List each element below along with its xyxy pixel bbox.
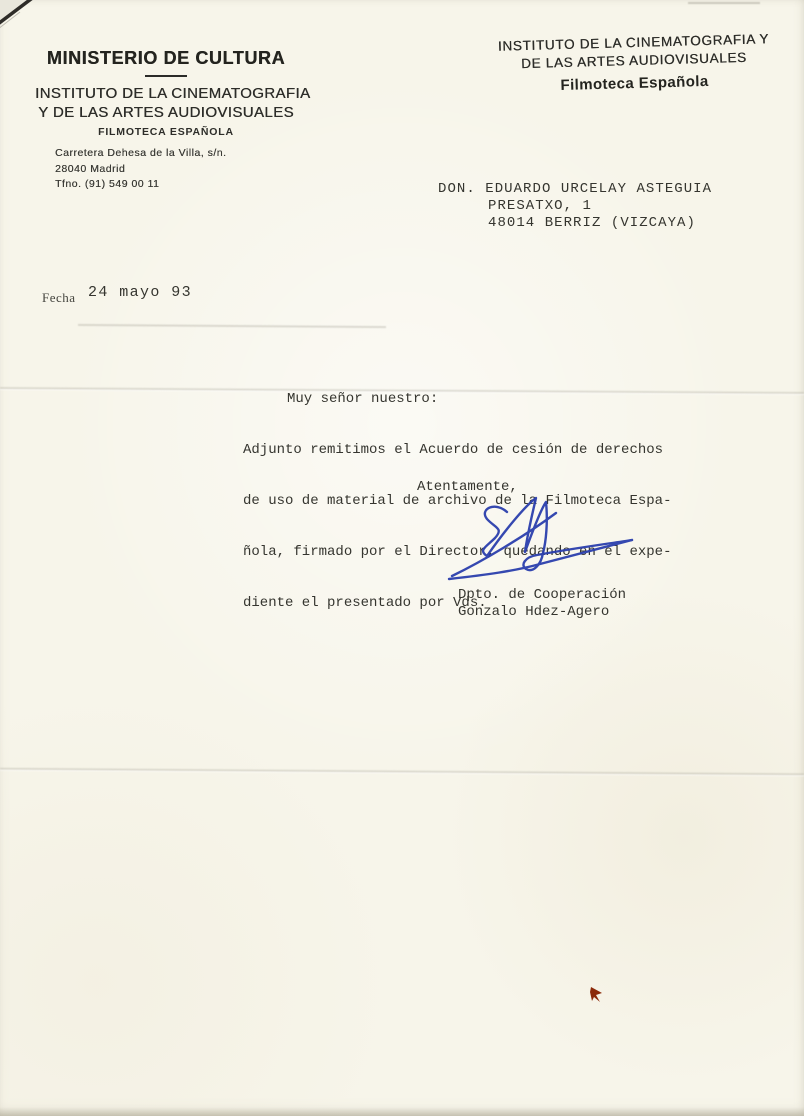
red-stain-shape	[590, 987, 602, 1002]
filmoteca-label-right: Filmoteca Española	[478, 71, 790, 97]
institute-line-2: Y DE LAS ARTES AUDIOVISUALES	[35, 103, 297, 122]
ministry-title: MINISTERIO DE CULTURA	[35, 48, 297, 69]
letterhead-address: Carretera Dehesa de la Villa, s/n. 28040…	[55, 146, 226, 193]
signer-name: Gonzalo Hdez-Agero	[458, 604, 609, 621]
fold-crease-lower	[0, 767, 804, 777]
signer-department: Dpto. de Cooperación	[458, 587, 626, 604]
letterhead-divider-rule	[145, 75, 187, 77]
faint-smudge-line	[78, 324, 386, 328]
recipient-street: PRESATXO, 1	[488, 198, 592, 215]
body-line: Adjunto remitimos el Acuerdo de cesión d…	[243, 442, 671, 459]
scanned-letter-page: MINISTERIO DE CULTURA INSTITUTO DE LA CI…	[0, 0, 804, 1116]
salutation: Muy señor nuestro:	[287, 391, 438, 408]
bottom-edge-shadow	[0, 1107, 804, 1116]
letterhead-right: INSTITUTO DE LA CINEMATOGRAFIA Y DE LAS …	[477, 30, 790, 97]
date-label: Fecha	[42, 290, 76, 306]
recipient-city: 48014 BERRIZ (VIZCAYA)	[488, 215, 696, 232]
letterhead-left: MINISTERIO DE CULTURA INSTITUTO DE LA CI…	[35, 48, 297, 138]
recipient-name: DON. EDUARDO URCELAY ASTEGUIA	[438, 181, 712, 198]
institute-line-1: INSTITUTO DE LA CINEMATOGRAFIA	[35, 84, 297, 103]
address-city: 28040 Madrid	[55, 162, 226, 178]
top-edge-scan-mark	[688, 2, 760, 4]
filmoteca-label-left: FILMOTECA ESPAÑOLA	[35, 126, 297, 138]
date-value: 24 mayo 93	[88, 284, 192, 301]
address-phone: Tfno. (91) 549 00 11	[55, 177, 226, 193]
signature-cross-diagonal	[452, 513, 556, 576]
page-corner-fold-artifact	[0, 0, 46, 34]
handwritten-signature	[443, 492, 641, 586]
signature-ink-strokes	[449, 498, 632, 579]
address-street: Carretera Dehesa de la Villa, s/n.	[55, 146, 226, 162]
red-stain	[588, 986, 606, 1006]
